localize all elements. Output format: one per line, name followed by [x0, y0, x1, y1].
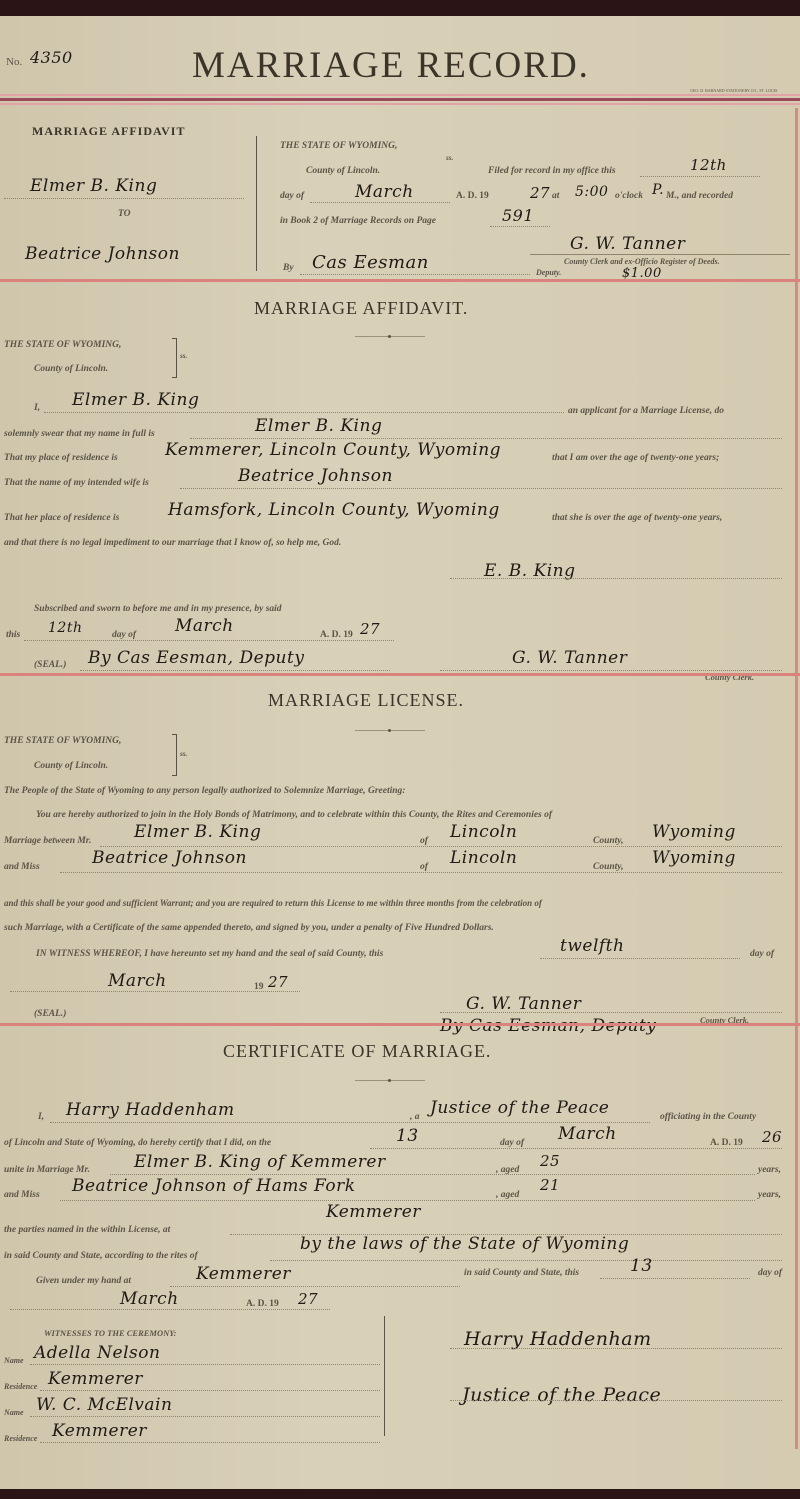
sworn-month: March — [175, 616, 234, 636]
ss: ss. — [180, 352, 187, 360]
day-of-label: day of — [750, 949, 774, 959]
year-prefix: 19 — [254, 982, 264, 992]
by-label: By — [283, 263, 294, 273]
groom-county: Lincoln — [450, 822, 517, 842]
of-label: of — [420, 862, 428, 872]
sworn-day: 12th — [48, 620, 82, 636]
rule — [30, 1364, 380, 1365]
unite-label: unite in Marriage Mr. — [4, 1165, 90, 1175]
rule — [50, 1122, 650, 1123]
i-label: I, — [34, 403, 40, 413]
residence: Kemmerer, Lincoln County, Wyoming — [165, 440, 501, 460]
aged-label: , aged — [496, 1190, 519, 1200]
officiant-title: Justice of the Peace — [430, 1098, 609, 1118]
swear-text: solemnly swear that my name in full is — [4, 429, 155, 439]
section-divider — [0, 279, 800, 282]
ornament — [355, 1080, 425, 1081]
rule — [60, 872, 782, 873]
section-divider — [0, 1023, 800, 1026]
applicant-name: Elmer B. King — [72, 390, 199, 410]
index-deputy-name: Cas Eesman — [312, 252, 429, 273]
wife-text: That the name of my intended wife is — [4, 478, 149, 488]
witnesses-label: WITNESSES TO THE CEREMONY: — [44, 1328, 177, 1338]
filed-year: 27 — [530, 184, 550, 202]
meridiem: P. — [652, 182, 664, 198]
cert-groom: Elmer B. King of Kemmerer — [134, 1152, 386, 1172]
full-name: Elmer B. King — [255, 416, 382, 436]
bracket — [172, 734, 177, 776]
rule — [110, 1174, 755, 1175]
officiant-signature-title: Justice of the Peace — [462, 1384, 661, 1406]
recorded-text: M., and recorded — [666, 191, 733, 201]
greeting: The People of the State of Wyoming to an… — [4, 786, 405, 796]
bride-county: Lincoln — [450, 848, 517, 868]
officiating-text: officiating in the County — [660, 1112, 756, 1122]
affidavit-title: MARRIAGE AFFIDAVIT. — [254, 298, 468, 319]
given-text: Given under my hand at — [36, 1276, 131, 1286]
rule — [370, 1148, 782, 1149]
license-groom: Elmer B. King — [134, 822, 261, 842]
rule — [450, 578, 782, 579]
header-rule-2 — [0, 98, 800, 101]
witness-residence-label: Residence — [4, 1382, 37, 1391]
marriage-year: 26 — [762, 1128, 782, 1146]
rule — [540, 958, 740, 959]
residence-text: That my place of residence is — [4, 453, 118, 463]
i-label: I, — [38, 1112, 44, 1122]
day-of-label: day of — [112, 630, 136, 640]
clerk-signature: G. W. Tanner — [466, 994, 581, 1014]
record-no-label: No. — [6, 56, 22, 68]
index-to-label: TO — [118, 209, 131, 219]
book-text: in Book 2 of Marriage Records on Page — [280, 216, 436, 226]
marriage-day: 13 — [396, 1126, 419, 1146]
page-title: MARRIAGE RECORD. — [192, 44, 590, 87]
cert-bride: Beatrice Johnson of Hams Fork — [72, 1176, 356, 1196]
in-said-text: in said County and State, this — [464, 1268, 579, 1278]
filed-text: Filed for record in my office this — [488, 166, 616, 176]
rites-text: in said County and State, according to t… — [4, 1251, 198, 1261]
rule — [100, 846, 782, 847]
rule — [190, 438, 782, 439]
age-text: that I am over the age of twenty-one yea… — [552, 453, 719, 463]
her-residence: Hamsfork, Lincoln County, Wyoming — [168, 500, 500, 520]
index-groom: Elmer B. King — [30, 176, 157, 196]
rule — [450, 1348, 782, 1349]
between-label: Marriage between Mr. — [4, 836, 91, 846]
certify-text: of Lincoln and State of Wyoming, do here… — [4, 1138, 271, 1148]
index-label: MARRIAGE AFFIDAVIT — [32, 124, 185, 139]
ornament — [355, 336, 425, 337]
given-day: 13 — [630, 1256, 653, 1276]
county-label: County of Lincoln. — [34, 761, 108, 771]
ornament — [355, 730, 425, 731]
years-label: years, — [758, 1190, 781, 1200]
index-county-label: County of Lincoln. — [306, 166, 380, 176]
deputy-signature: By Cas Eesman, Deputy — [440, 1016, 656, 1036]
witness-residence: Kemmerer — [48, 1369, 143, 1389]
rule — [440, 1012, 782, 1013]
page-number: 591 — [502, 206, 534, 225]
section-divider — [0, 673, 800, 676]
filed-day: 12th — [690, 156, 727, 174]
her-residence-text: That her place of residence is — [4, 513, 119, 523]
witness-text: IN WITNESS WHEREOF, I have hereunto set … — [36, 949, 383, 959]
state-label: THE STATE OF WYOMING, — [4, 736, 121, 746]
seal-label: (SEAL.) — [34, 1009, 66, 1019]
deputy-label: Deputy. — [536, 268, 561, 277]
given-place: Kemmerer — [196, 1264, 291, 1284]
printer-imprint: GEO. D. BARNARD STATIONERY CO., ST. LOUI… — [690, 88, 777, 93]
rule — [490, 226, 550, 227]
wife-name: Beatrice Johnson — [238, 466, 393, 486]
index-bride: Beatrice Johnson — [25, 244, 180, 264]
officiant-signature: Harry Haddenham — [464, 1328, 652, 1350]
rule — [24, 640, 394, 641]
parties-text: the parties named in the within License,… — [4, 1225, 170, 1235]
oclock-label: o'clock — [615, 191, 643, 201]
and-label: and Miss — [4, 862, 40, 872]
her-age-text: that she is over the age of twenty-one y… — [552, 513, 722, 523]
clerk-title: County Clerk and ex-Officio Register of … — [564, 257, 720, 266]
index-ss: ss. — [446, 154, 453, 162]
rule — [640, 176, 760, 177]
at-label: at — [552, 191, 559, 201]
rule — [300, 274, 530, 275]
warrant-text: and this shall be your good and sufficie… — [4, 898, 542, 908]
given-month: March — [120, 1289, 179, 1309]
ss: ss. — [180, 750, 187, 758]
index-clerk-signature: G. W. Tanner — [570, 234, 685, 254]
rule — [440, 670, 782, 671]
bracket — [172, 338, 177, 378]
ceremony-place: Kemmerer — [326, 1202, 421, 1222]
rule — [600, 1278, 750, 1279]
authorized-text: You are hereby authorized to join in the… — [36, 810, 552, 820]
county-label: County, — [593, 836, 624, 846]
filed-month: March — [355, 182, 414, 202]
rule — [4, 198, 244, 199]
applicant-text: an applicant for a Marriage License, do — [568, 406, 724, 416]
bracket — [380, 1316, 385, 1436]
and-label: and Miss — [4, 1190, 40, 1200]
rule — [170, 1286, 460, 1287]
rule — [80, 670, 390, 671]
rule — [10, 1309, 330, 1310]
deputy-signature: By Cas Eesman, Deputy — [88, 648, 304, 668]
marriage-month: March — [558, 1124, 617, 1144]
years-label: years, — [758, 1165, 781, 1175]
rule — [310, 202, 450, 203]
witness-name-label: Name — [4, 1408, 24, 1417]
day-of-label: day of — [280, 191, 304, 201]
license-bride: Beatrice Johnson — [92, 848, 247, 868]
witness-name-label: Name — [4, 1356, 24, 1365]
record-number: 4350 — [30, 48, 73, 67]
filed-time: 5:00 — [575, 184, 608, 200]
rule — [180, 488, 782, 489]
right-margin-rule — [795, 108, 798, 1449]
a-label: , a — [410, 1112, 420, 1122]
given-day-of: day of — [758, 1268, 782, 1278]
certificate-text: such Marriage, with a Certificate of the… — [4, 923, 494, 933]
rule — [530, 254, 790, 255]
header-rule-1 — [0, 94, 800, 96]
rule — [270, 1260, 782, 1261]
record-page: No. 4350 MARRIAGE RECORD. GEO. D. BARNAR… — [0, 16, 800, 1489]
of-label: of — [420, 836, 428, 846]
day-of-label: day of — [500, 1138, 524, 1148]
groom-age: 25 — [540, 1152, 560, 1170]
ad-label: A. D. 19 — [456, 191, 489, 201]
license-day: twelfth — [560, 936, 624, 956]
this-label: this — [6, 630, 20, 640]
witness-residence: Kemmerer — [52, 1421, 147, 1441]
county-label: County, — [593, 862, 624, 872]
sworn-year: 27 — [360, 620, 380, 638]
rule — [44, 412, 564, 413]
clerk-signature: G. W. Tanner — [512, 648, 627, 668]
rule — [40, 1442, 380, 1443]
rule — [60, 1200, 755, 1201]
rule — [30, 1416, 380, 1417]
rule — [450, 1400, 782, 1401]
witness-residence-label: Residence — [4, 1434, 37, 1443]
rule — [40, 1390, 380, 1391]
given-year: 27 — [298, 1290, 318, 1308]
witness-name: W. C. McElvain — [36, 1395, 172, 1415]
state-label: THE STATE OF WYOMING, — [4, 340, 121, 350]
license-year: 27 — [268, 973, 288, 991]
license-month: March — [108, 971, 167, 991]
given-ad: A. D. 19 — [246, 1299, 279, 1309]
groom-state: Wyoming — [652, 822, 736, 842]
bride-state: Wyoming — [652, 848, 736, 868]
header-rule-3 — [0, 103, 800, 105]
seal-label: (SEAL.) — [34, 660, 66, 670]
witness-name: Adella Nelson — [34, 1343, 160, 1363]
county-label: County of Lincoln. — [34, 364, 108, 374]
ad-label: A. D. 19 — [320, 630, 353, 640]
bracket — [252, 136, 257, 271]
officiant-name: Harry Haddenham — [66, 1100, 235, 1120]
impediment-text: and that there is no legal impediment to… — [4, 538, 341, 548]
rites: by the laws of the State of Wyoming — [300, 1234, 629, 1254]
subscribed-text: Subscribed and sworn to before me and in… — [34, 604, 282, 614]
index-state-label: THE STATE OF WYOMING, — [280, 141, 397, 151]
certificate-title: CERTIFICATE OF MARRIAGE. — [223, 1041, 491, 1062]
ad-label: A. D. 19 — [710, 1138, 743, 1148]
bride-age: 21 — [540, 1176, 560, 1194]
license-title: MARRIAGE LICENSE. — [268, 690, 464, 711]
